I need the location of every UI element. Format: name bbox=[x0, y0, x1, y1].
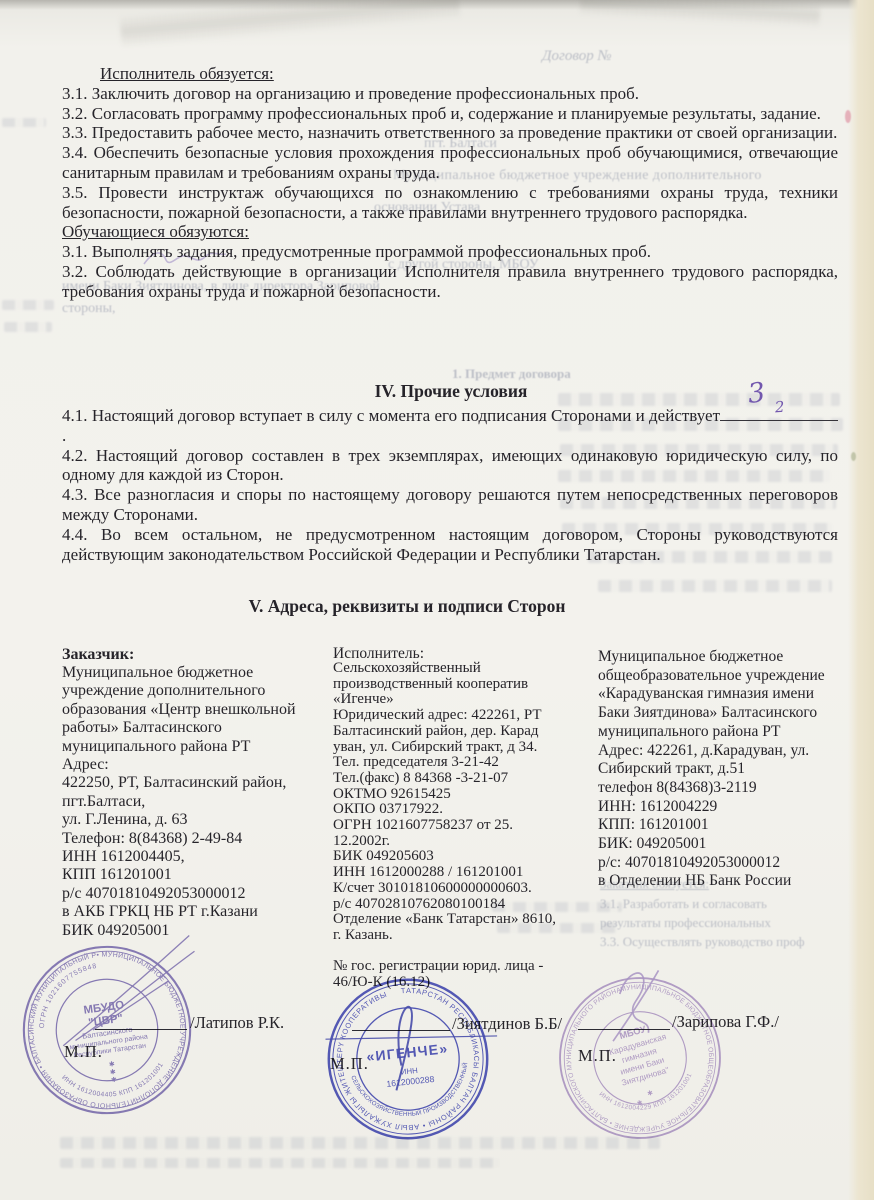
bleedthrough-text: 3.1. Разработать и согласовать bbox=[600, 896, 767, 912]
handwritten-term-unit: 2 bbox=[774, 398, 785, 418]
bleedthrough-bar bbox=[60, 1158, 500, 1168]
students-obligations-heading: Обучающиеся обязуются: bbox=[62, 222, 838, 242]
clause-3-4: 3.4. Обеспечить безопасные условия прохо… bbox=[62, 143, 838, 183]
paper-crease bbox=[579, 0, 820, 28]
bleedthrough-text: 1. Предмет договора bbox=[452, 366, 571, 382]
clause-4-1: 4.1. Настоящий договор вступает в силу с… bbox=[62, 406, 838, 446]
clause-3-1: 3.1. Заключить договор на организацию и … bbox=[62, 84, 838, 104]
obligations-section: Исполнитель обязуется: 3.1. Заключить до… bbox=[62, 64, 838, 302]
clause-4-1-period: . bbox=[62, 426, 66, 445]
bleedthrough-text: Договор № bbox=[542, 48, 612, 65]
bleedthrough-bar bbox=[2, 300, 54, 310]
bleedthrough-text: стороны, bbox=[62, 301, 116, 317]
section-5-title: V. Адреса, реквизиты и подписи Сторон bbox=[0, 596, 844, 617]
scanned-contract-page: Договор № пгт. Балтаси Муниципальное бюд… bbox=[0, 0, 874, 1200]
bleedthrough-bar bbox=[4, 322, 52, 332]
clause-s3-2: 3.2. Соблюдать действующие в организации… bbox=[62, 262, 838, 302]
clause-3-3: 3.3. Предоставить рабочее место, назначи… bbox=[62, 123, 838, 143]
round-seal-igenche: ТАТАРСТАН РЕСПУБЛИКАСЫ БАЛТАЧ РАЙОНЫ • А… bbox=[309, 960, 507, 1158]
bleedthrough-bar bbox=[598, 580, 832, 592]
clause-4-1-text: 4.1. Настоящий договор вступает в силу с… bbox=[62, 406, 720, 425]
executor-details: Сельскохозяйственный производственный ко… bbox=[333, 661, 599, 991]
clause-4-3: 4.3. Все разногласия и споры по настояще… bbox=[62, 485, 838, 525]
round-seal-gymnasium: МУНИЦИПАЛЬНОЕ БЮДЖЕТНОЕ ОБЩЕОБРАЗОВАТЕЛЬ… bbox=[539, 957, 741, 1159]
seal-star: ✱ bbox=[636, 1099, 644, 1108]
customer-heading: Заказчик: bbox=[62, 646, 134, 664]
seal-inn-number: 1612000288 bbox=[386, 1074, 435, 1089]
bleedthrough-bar bbox=[2, 118, 46, 127]
clause-4-2: 4.2. Настоящий договор составлен в трех … bbox=[62, 446, 838, 486]
scan-speck bbox=[851, 452, 856, 461]
bleedthrough-text: результаты профессиональных bbox=[600, 915, 771, 931]
seal-star: ✱ bbox=[109, 1068, 116, 1077]
seal-star: ✱ bbox=[111, 1076, 118, 1085]
customer-details: Муниципальное бюджетное учреждение допол… bbox=[62, 664, 324, 940]
handwritten-term-value: 3 bbox=[747, 383, 766, 405]
clause-s3-1: 3.1. Выполнять задания, предусмотренные … bbox=[62, 242, 838, 262]
clause-3-2: 3.2. Согласовать программу профессиональ… bbox=[62, 104, 838, 124]
seal-star: ✱ bbox=[646, 1089, 654, 1098]
round-seal-mbudo-cvr: • МУНИЦИПАЛЬНОЕ БЮДЖЕТНОЕ УЧРЕЖДЕНИЕ ДОП… bbox=[2, 925, 212, 1135]
executor-obligations-heading: Исполнитель обязуется: bbox=[62, 64, 838, 84]
scan-speck bbox=[845, 110, 851, 123]
scan-edge-strip bbox=[848, 0, 874, 1200]
seal-star: ✱ bbox=[108, 1060, 115, 1069]
clause-3-5: 3.5. Провести инструктаж обучающихся по … bbox=[62, 183, 838, 223]
school-details: Муниципальное бюджетное общеобразователь… bbox=[598, 648, 848, 891]
bleedthrough-text: 3.3. Осуществлять руководство проф bbox=[600, 934, 805, 950]
clause-4-4: 4.4. Во всем остальном, не предусмотренн… bbox=[62, 525, 838, 565]
section-4-title: IV. Прочие условия bbox=[14, 381, 874, 402]
filled-blank-term: 32 bbox=[720, 406, 838, 421]
section-4-body: 4.1. Настоящий договор вступает в силу с… bbox=[62, 406, 838, 564]
